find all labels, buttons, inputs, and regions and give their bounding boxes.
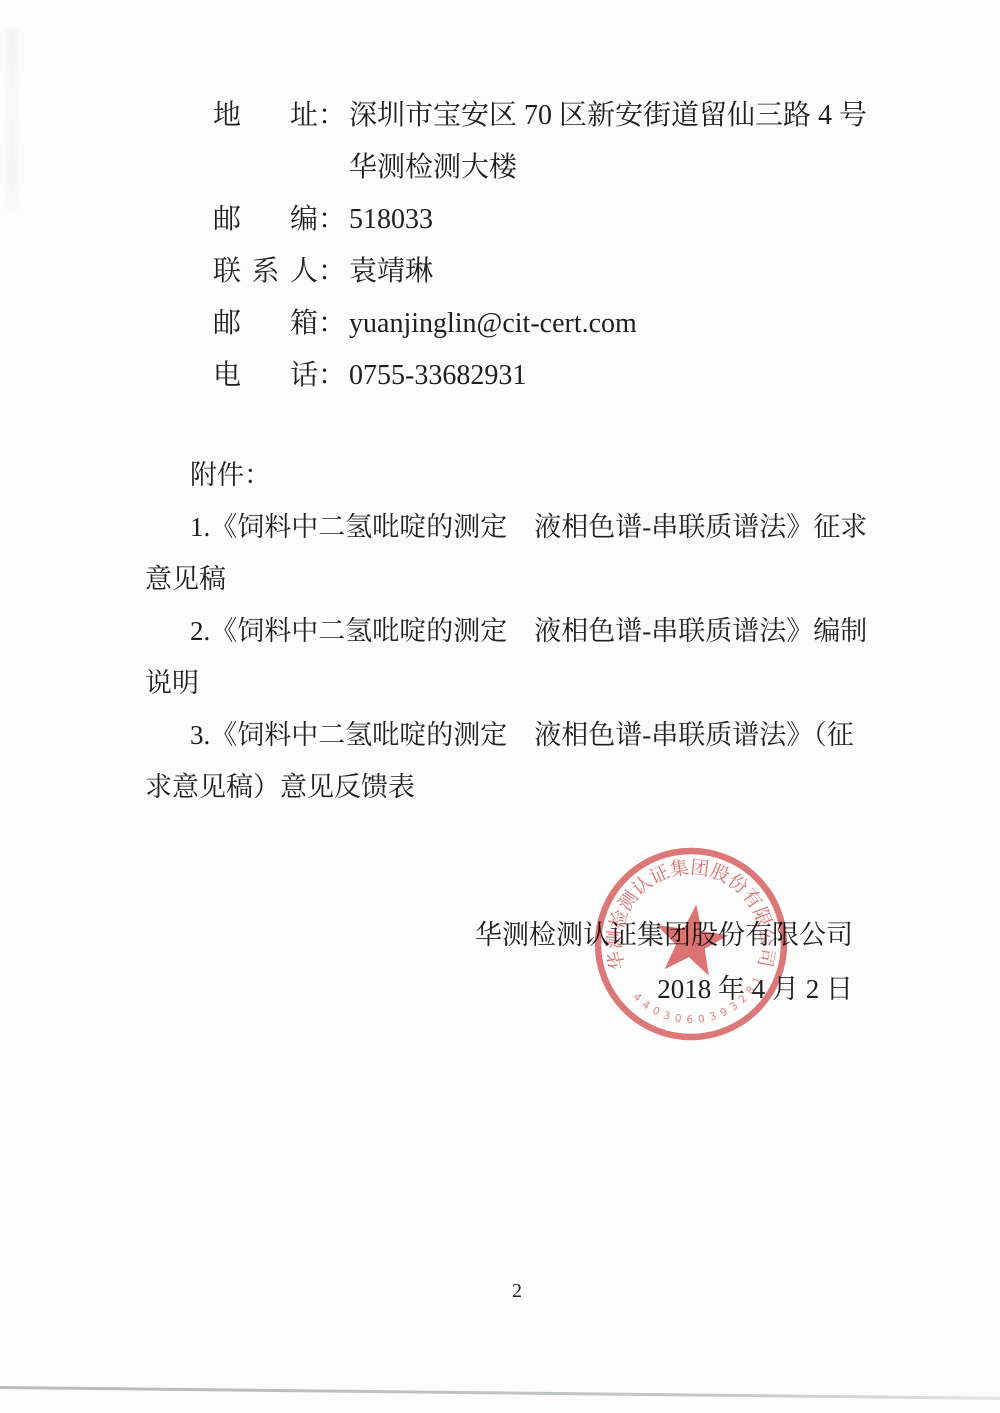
attachment-line: 2.《饲料中二氢吡啶的测定 液相色谱-串联质谱法》编制 [145, 605, 865, 657]
contact-label: 邮箱 [213, 298, 318, 350]
attachment-line: 说明 [145, 657, 865, 709]
contact-row-postcode: 邮编： 518033 [213, 194, 867, 246]
contact-value-postcode: 518033 [349, 194, 433, 246]
attachments-heading: 附件： [145, 449, 865, 501]
contact-label: 联系人 [213, 246, 318, 298]
contact-value-address-line2: 华测检测大楼 [349, 142, 867, 194]
attachment-line: 1.《饲料中二氢吡啶的测定 液相色谱-串联质谱法》征求 [145, 501, 865, 553]
contact-block: 地址： 深圳市宝安区 70 区新安街道留仙三路 4 号 华测检测大楼 邮编： 5… [213, 90, 867, 402]
attachment-item-2: 2.《饲料中二氢吡啶的测定 液相色谱-串联质谱法》编制 说明 [145, 605, 865, 709]
attachment-line: 3.《饲料中二氢吡啶的测定 液相色谱-串联质谱法》（征 [145, 709, 865, 761]
attachment-item-1: 1.《饲料中二氢吡啶的测定 液相色谱-串联质谱法》征求 意见稿 [145, 501, 865, 605]
attachment-line: 求意见稿）意见反馈表 [145, 761, 865, 813]
contact-row-phone: 电话： 0755-33682931 [213, 350, 867, 402]
contact-value-phone: 0755-33682931 [349, 350, 526, 402]
contact-value-person: 袁靖琳 [349, 246, 433, 298]
contact-label: 地址 [213, 90, 318, 142]
attachment-item-3: 3.《饲料中二氢吡啶的测定 液相色谱-串联质谱法》（征 求意见稿）意见反馈表 [145, 709, 865, 813]
document-page: 地址： 深圳市宝安区 70 区新安街道留仙三路 4 号 华测检测大楼 邮编： 5… [0, 0, 1000, 1413]
contact-colon: ： [318, 90, 346, 142]
contact-row-person: 联系人： 袁靖琳 [213, 246, 867, 298]
attachments-block: 附件： 1.《饲料中二氢吡啶的测定 液相色谱-串联质谱法》征求 意见稿 2.《饲… [145, 449, 865, 813]
attachment-line: 意见稿 [145, 553, 865, 605]
contact-label: 电话 [213, 350, 318, 402]
contact-colon: ： [318, 246, 346, 298]
contact-colon: ： [318, 298, 346, 350]
scan-smudge-artifact [6, 28, 18, 213]
signature-block: 华测检测认证集团股份有限公司 2018 年 4 月 2 日 [475, 908, 853, 1016]
contact-row-email: 邮箱： yuanjinglin@cit-cert.com [213, 298, 867, 350]
contact-value-address-line1: 深圳市宝安区 70 区新安街道留仙三路 4 号 [349, 90, 867, 142]
contact-colon: ： [318, 350, 346, 402]
contact-label: 邮编 [213, 194, 318, 246]
page-number: 2 [0, 1280, 1000, 1303]
signature-date: 2018 年 4 月 2 日 [475, 962, 853, 1016]
contact-row-address: 地址： 深圳市宝安区 70 区新安街道留仙三路 4 号 华测检测大楼 [213, 90, 867, 194]
signature-company: 华测检测认证集团股份有限公司 [475, 908, 853, 962]
scan-line-artifact [0, 1386, 1000, 1399]
contact-colon: ： [318, 194, 346, 246]
contact-value-email: yuanjinglin@cit-cert.com [349, 298, 637, 350]
